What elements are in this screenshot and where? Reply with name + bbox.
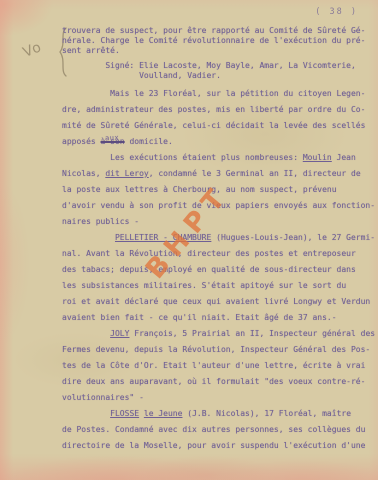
typed-text: d'avoir vendu à son profit de vieux papi…	[62, 201, 375, 210]
typed-text: mité de Sûreté Générale, celui-ci décida…	[62, 121, 365, 130]
typed-text: roi et avait déclaré que ceux qui avaien…	[62, 297, 370, 306]
typed-text: Voulland, Vadier.	[62, 71, 221, 80]
text-line: les subsistances militaires. S'était api…	[62, 278, 376, 294]
typed-text: les subsistances militaires. S'était api…	[62, 281, 346, 290]
text-line: JOLY François, 5 Prairial an II, Inspect…	[62, 326, 376, 342]
underlined-name: le Jeune	[144, 409, 183, 418]
text-line: nérale. Charge le Comité révolutionnaire…	[62, 36, 376, 46]
text-line: naires publics -	[62, 214, 376, 230]
typed-text: dire deux ans auparavant, où il formulai…	[62, 377, 365, 386]
text-line: la poste aux lettres à Cherbourg, au nom…	[62, 182, 376, 198]
underlined-name: PELLETIER - CHAMBURE	[115, 233, 211, 242]
para-signature: Signé: Elie Lacoste, Moy Bayle, Amar, La…	[62, 61, 376, 81]
typed-text: avaient bien fait - ce qu'il niait. Etai…	[62, 313, 337, 322]
para-moulin: Les exécutions étaient plus nombreuses: …	[62, 150, 376, 230]
underlined-name: dit Leroy	[105, 169, 148, 178]
typed-text	[62, 329, 110, 338]
text-line: Signé: Elie Lacoste, Moy Bayle, Amar, La…	[62, 61, 376, 71]
typed-text: Mais le 23 Floréal, sur la pétition du c…	[62, 89, 365, 98]
typed-text: Nicolas,	[62, 169, 105, 178]
para-legendre: Mais le 23 Floréal, sur la pétition du c…	[62, 86, 376, 150]
text-line: trouvera de suspect, pour être rapporté …	[62, 26, 376, 36]
typed-text: François, 5 Prairial an II, Inspecteur g…	[129, 329, 375, 338]
text-line: d'avoir vendu à son profit de vieux papi…	[62, 198, 376, 214]
underlined-name: Moulin	[303, 153, 332, 162]
typed-text: la poste aux lettres à Cherbourg, au nom…	[62, 185, 337, 194]
typed-text: Signé: Elie Lacoste, Moy Bayle, Amar, La…	[62, 61, 356, 70]
text-line: volutionnaires" -	[62, 390, 376, 406]
handwritten-correction: aux	[104, 130, 119, 147]
text-line: des tabacs; depuis, employé en qualité d…	[62, 262, 376, 278]
pencil-margin-mark: Vo	[21, 39, 45, 61]
typed-text: de Postes. Condamné avec dix autres pers…	[62, 425, 365, 434]
typed-text: dre, administrateur des postes, mis en l…	[62, 105, 365, 114]
struck-text: à sonaux	[101, 137, 125, 146]
text-line: dre, administrateur des postes, mis en l…	[62, 102, 376, 118]
underlined-name: FLOSSE	[110, 409, 139, 418]
typed-text: volutionnaires" -	[62, 393, 144, 402]
typed-text: apposés	[62, 137, 101, 146]
text-line: apposés à sonaux domicile.	[62, 134, 376, 150]
typed-text: Jean	[332, 153, 356, 162]
typed-text: naires publics -	[62, 217, 139, 226]
typed-text: Fermes devenu, depuis la Révolution, Ins…	[62, 345, 370, 354]
para-joly: JOLY François, 5 Prairial an II, Inspect…	[62, 326, 376, 406]
typed-text: directoire de la Moselle, pour avoir sus…	[62, 441, 365, 450]
scanned-document-page: ( 38 ) Vo trouvera de suspect, pour être…	[0, 0, 378, 480]
typed-text: Les exécutions étaient plus nombreuses:	[62, 153, 303, 162]
text-line: PELLETIER - CHAMBURE (Hugues-Louis-Jean)…	[62, 230, 376, 246]
text-line: tes de la Côte d'Or. Etait l'auteur d'un…	[62, 358, 376, 374]
typed-text: trouvera de suspect, pour être rapporté …	[62, 26, 365, 35]
text-line: sent arrêté.	[62, 46, 376, 56]
text-line: roi et avait déclaré que ceux qui avaien…	[62, 294, 376, 310]
text-line: nal. Avant la Révolution, directeur des …	[62, 246, 376, 262]
text-line: directoire de la Moselle, pour avoir sus…	[62, 438, 376, 454]
para-pelletier: PELLETIER - CHAMBURE (Hugues-Louis-Jean)…	[62, 230, 376, 326]
text-line: Mais le 23 Floréal, sur la pétition du c…	[62, 86, 376, 102]
text-line: Fermes devenu, depuis la Révolution, Ins…	[62, 342, 376, 358]
typed-text: , condamné le 3 Germinal an II, directeu…	[149, 169, 361, 178]
text-line: Voulland, Vadier.	[62, 71, 376, 81]
page-number: ( 38 )	[315, 7, 358, 17]
para-arrete: trouvera de suspect, pour être rapporté …	[62, 26, 376, 56]
typed-text	[62, 233, 115, 242]
text-line: de Postes. Condamné avec dix autres pers…	[62, 422, 376, 438]
text-line: dire deux ans auparavant, où il formulai…	[62, 374, 376, 390]
underlined-name: JOLY	[110, 329, 129, 338]
document-body: trouvera de suspect, pour être rapporté …	[62, 26, 376, 454]
text-line: avaient bien fait - ce qu'il niait. Etai…	[62, 310, 376, 326]
typed-text	[62, 409, 110, 418]
typed-text: (J.B. Nicolas), 17 Floréal, maître	[182, 409, 351, 418]
text-line: Les exécutions étaient plus nombreuses: …	[62, 150, 376, 166]
para-flosse: FLOSSE le Jeune (J.B. Nicolas), 17 Floré…	[62, 406, 376, 454]
typed-text: tes de la Côte d'Or. Etait l'auteur d'un…	[62, 361, 365, 370]
typed-text: (Hugues-Louis-Jean), le 27 Germi-	[211, 233, 375, 242]
typed-text: domicile.	[125, 137, 173, 146]
typed-text: des tabacs; depuis, employé en qualité d…	[62, 265, 356, 274]
typed-text: nérale. Charge le Comité révolutionnaire…	[62, 36, 365, 45]
typed-text: sent arrêté.	[62, 46, 120, 55]
text-line: Nicolas, dit Leroy, condamné le 3 Germin…	[62, 166, 376, 182]
text-line: FLOSSE le Jeune (J.B. Nicolas), 17 Floré…	[62, 406, 376, 422]
typed-text: nal. Avant la Révolution, directeur des …	[62, 249, 356, 258]
